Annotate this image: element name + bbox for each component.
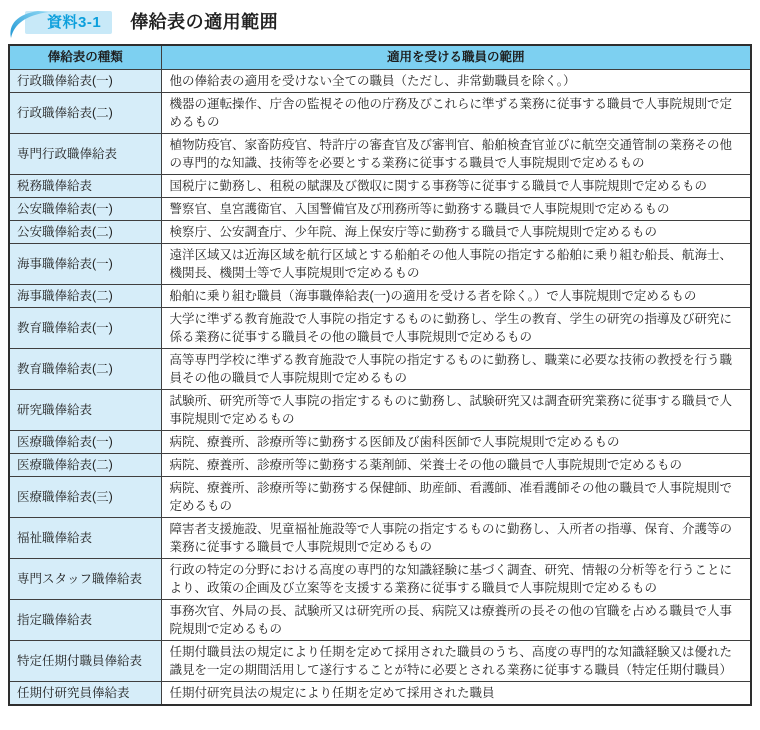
- salary-scope-cell: 行政の特定の分野における高度の専門的な知識経験に基づく調査、研究、情報の分析等を…: [161, 559, 751, 600]
- salary-scope-cell: 機器の運転操作、庁舎の監視その他の庁務及びこれらに準ずる業務に従事する職員で人事…: [161, 93, 751, 134]
- salary-type-cell: 税務職俸給表: [9, 175, 161, 198]
- col-header-scope: 適用を受ける職員の範囲: [161, 45, 751, 70]
- material-badge: 資料3-1: [8, 7, 112, 37]
- salary-type-cell: 医療職俸給表(二): [9, 454, 161, 477]
- salary-type-cell: 専門スタッフ職俸給表: [9, 559, 161, 600]
- table-row: 研究職俸給表試験所、研究所等で人事院の指定するものに勤務し、試験研究又は調査研究…: [9, 390, 751, 431]
- salary-scope-cell: 事務次官、外局の長、試験所又は研究所の長、病院又は療養所の長その他の官職を占める…: [161, 600, 751, 641]
- salary-scope-cell: 大学に準ずる教育施設で人事院の指定するものに勤務し、学生の教育、学生の研究の指導…: [161, 308, 751, 349]
- table-row: 海事職俸給表(二)船舶に乗り組む職員（海事職俸給表(一)の適用を受ける者を除く。…: [9, 285, 751, 308]
- salary-type-cell: 任期付研究員俸給表: [9, 682, 161, 706]
- col-header-type: 俸給表の種類: [9, 45, 161, 70]
- salary-scope-cell: 船舶に乗り組む職員（海事職俸給表(一)の適用を受ける者を除く。）で人事院規則で定…: [161, 285, 751, 308]
- salary-type-cell: 公安職俸給表(一): [9, 198, 161, 221]
- salary-type-cell: 教育職俸給表(一): [9, 308, 161, 349]
- salary-type-cell: 指定職俸給表: [9, 600, 161, 641]
- salary-scope-cell: 他の俸給表の適用を受けない全ての職員（ただし、非常勤職員を除く。）: [161, 70, 751, 93]
- salary-type-cell: 福祉職俸給表: [9, 518, 161, 559]
- table-row: 税務職俸給表国税庁に勤務し、租税の賦課及び徴収に関する事務等に従事する職員で人事…: [9, 175, 751, 198]
- salary-scope-cell: 障害者支援施設、児童福祉施設等で人事院の指定するものに勤務し、入所者の指導、保育…: [161, 518, 751, 559]
- page-title: 俸給表の適用範囲: [130, 7, 278, 37]
- salary-type-cell: 特定任期付職員俸給表: [9, 641, 161, 682]
- salary-scope-cell: 植物防疫官、家畜防疫官、特許庁の審査官及び審判官、船舶検査官並びに航空交通管制の…: [161, 134, 751, 175]
- table-row: 行政職俸給表(一)他の俸給表の適用を受けない全ての職員（ただし、非常勤職員を除く…: [9, 70, 751, 93]
- table-row: 専門行政職俸給表植物防疫官、家畜防疫官、特許庁の審査官及び審判官、船舶検査官並び…: [9, 134, 751, 175]
- salary-type-cell: 海事職俸給表(一): [9, 244, 161, 285]
- salary-type-cell: 行政職俸給表(二): [9, 93, 161, 134]
- salary-scope-cell: 検察庁、公安調査庁、少年院、海上保安庁等に勤務する職員で人事院規則で定めるもの: [161, 221, 751, 244]
- salary-scope-cell: 国税庁に勤務し、租税の賦課及び徴収に関する事務等に従事する職員で人事院規則で定め…: [161, 175, 751, 198]
- table-row: 行政職俸給表(二)機器の運転操作、庁舎の監視その他の庁務及びこれらに準ずる業務に…: [9, 93, 751, 134]
- salary-type-cell: 行政職俸給表(一): [9, 70, 161, 93]
- salary-type-cell: 公安職俸給表(二): [9, 221, 161, 244]
- table-row: 特定任期付職員俸給表任期付職員法の規定により任期を定めて採用された職員のうち、高…: [9, 641, 751, 682]
- table-row: 医療職俸給表(二)病院、療養所、診療所等に勤務する薬剤師、栄養士その他の職員で人…: [9, 454, 751, 477]
- salary-type-cell: 医療職俸給表(一): [9, 431, 161, 454]
- salary-scope-cell: 遠洋区域又は近海区域を航行区域とする船舶その他人事院の指定する船舶に乗り組む船長…: [161, 244, 751, 285]
- salary-scope-cell: 高等専門学校に準ずる教育施設で人事院の指定するものに勤務し、職業に必要な技術の教…: [161, 349, 751, 390]
- salary-scope-cell: 試験所、研究所等で人事院の指定するものに勤務し、試験研究又は調査研究業務に従事す…: [161, 390, 751, 431]
- salary-scope-cell: 警察官、皇宮護衛官、入国警備官及び刑務所等に勤務する職員で人事院規則で定めるもの: [161, 198, 751, 221]
- table-row: 海事職俸給表(一)遠洋区域又は近海区域を航行区域とする船舶その他人事院の指定する…: [9, 244, 751, 285]
- table-row: 任期付研究員俸給表任期付研究員法の規定により任期を定めて採用された職員: [9, 682, 751, 706]
- table-row: 教育職俸給表(二)高等専門学校に準ずる教育施設で人事院の指定するものに勤務し、職…: [9, 349, 751, 390]
- document-page: 資料3-1 俸給表の適用範囲 俸給表の種類 適用を受ける職員の範囲 行政職俸給表…: [0, 0, 760, 730]
- salary-type-cell: 医療職俸給表(三): [9, 477, 161, 518]
- salary-scope-cell: 任期付職員法の規定により任期を定めて採用された職員のうち、高度の専門的な知識経験…: [161, 641, 751, 682]
- table-row: 公安職俸給表(二)検察庁、公安調査庁、少年院、海上保安庁等に勤務する職員で人事院…: [9, 221, 751, 244]
- table-row: 公安職俸給表(一)警察官、皇宮護衛官、入国警備官及び刑務所等に勤務する職員で人事…: [9, 198, 751, 221]
- page-header: 資料3-1 俸給表の適用範囲: [8, 6, 752, 38]
- salary-scope-cell: 病院、療養所、診療所等に勤務する保健師、助産師、看護師、准看護師その他の職員で人…: [161, 477, 751, 518]
- salary-type-cell: 研究職俸給表: [9, 390, 161, 431]
- salary-scope-cell: 病院、療養所、診療所等に勤務する薬剤師、栄養士その他の職員で人事院規則で定めるも…: [161, 454, 751, 477]
- table-row: 医療職俸給表(三)病院、療養所、診療所等に勤務する保健師、助産師、看護師、准看護…: [9, 477, 751, 518]
- salary-type-cell: 教育職俸給表(二): [9, 349, 161, 390]
- salary-table-head: 俸給表の種類 適用を受ける職員の範囲: [9, 45, 751, 70]
- swoosh-icon: [8, 11, 50, 39]
- table-row: 教育職俸給表(一)大学に準ずる教育施設で人事院の指定するものに勤務し、学生の教育…: [9, 308, 751, 349]
- salary-table: 俸給表の種類 適用を受ける職員の範囲 行政職俸給表(一)他の俸給表の適用を受けな…: [8, 44, 752, 706]
- salary-type-cell: 海事職俸給表(二): [9, 285, 161, 308]
- header-row: 俸給表の種類 適用を受ける職員の範囲: [9, 45, 751, 70]
- table-row: 福祉職俸給表障害者支援施設、児童福祉施設等で人事院の指定するものに勤務し、入所者…: [9, 518, 751, 559]
- salary-scope-cell: 任期付研究員法の規定により任期を定めて採用された職員: [161, 682, 751, 706]
- table-row: 専門スタッフ職俸給表行政の特定の分野における高度の専門的な知識経験に基づく調査、…: [9, 559, 751, 600]
- salary-table-body: 行政職俸給表(一)他の俸給表の適用を受けない全ての職員（ただし、非常勤職員を除く…: [9, 70, 751, 706]
- table-row: 医療職俸給表(一)病院、療養所、診療所等に勤務する医師及び歯科医師で人事院規則で…: [9, 431, 751, 454]
- salary-type-cell: 専門行政職俸給表: [9, 134, 161, 175]
- salary-scope-cell: 病院、療養所、診療所等に勤務する医師及び歯科医師で人事院規則で定めるもの: [161, 431, 751, 454]
- table-row: 指定職俸給表事務次官、外局の長、試験所又は研究所の長、病院又は療養所の長その他の…: [9, 600, 751, 641]
